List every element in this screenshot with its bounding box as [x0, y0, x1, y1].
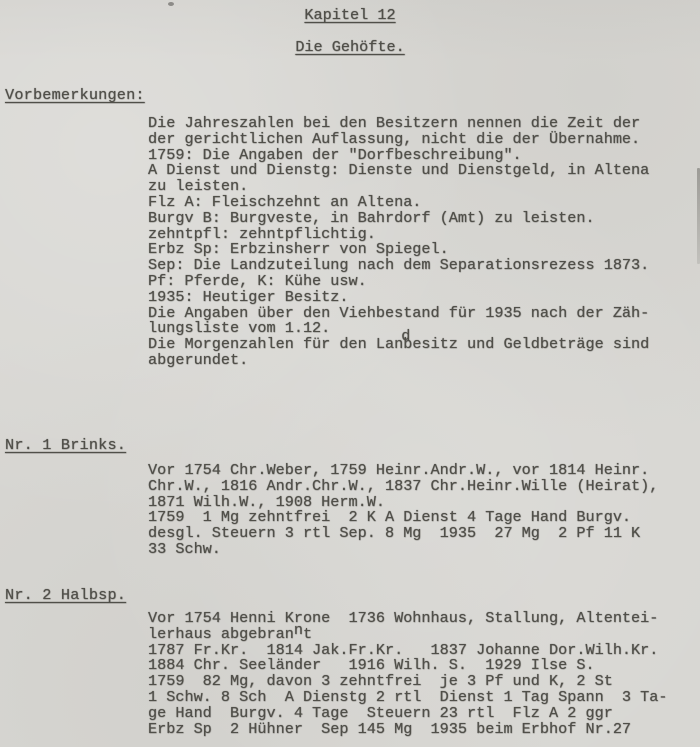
- entry2-block: Vor 1754 Henni Krone 1736 Wohnhaus, Stal…: [148, 611, 668, 737]
- document-page: Kapitel 12 Die Gehöfte. Vorbemerkungen: …: [0, 0, 700, 747]
- entry1-heading: Nr. 1 Brinks.: [5, 436, 126, 454]
- chapter-subtitle: Die Gehöfte.: [295, 38, 404, 56]
- typed-correction-raised: n: [294, 621, 303, 639]
- preamble-heading: Vorbemerkungen:: [5, 86, 145, 104]
- text-line: 33 Schw.: [148, 542, 658, 558]
- text-line: Erbz Sp 2 Hühner Sep 145 Mg 1935 beim Er…: [148, 722, 668, 738]
- text-line: desgl. Steuern 3 rtl Sep. 8 Mg 1935 27 M…: [148, 526, 658, 542]
- text-segment: besitz und Geldbeträge sind: [403, 335, 649, 353]
- text-line: abgerundet.: [148, 353, 649, 369]
- chapter-title: Kapitel 12: [304, 6, 395, 24]
- entry1-block: Vor 1754 Chr.Weber, 1759 Heinr.Andr.W., …: [148, 463, 658, 558]
- scan-speck: [168, 2, 174, 6]
- preamble-block: Die Jahreszahlen bei den Besitzern nenne…: [148, 116, 649, 369]
- entry2-heading: Nr. 2 Halbsp.: [5, 586, 126, 604]
